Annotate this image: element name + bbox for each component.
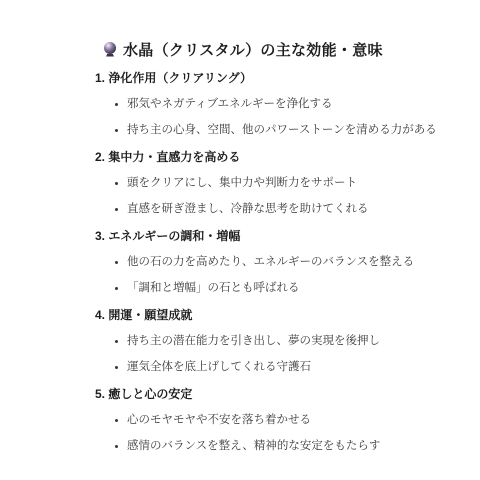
list-item: 「調和と増幅」の石とも呼ばれる — [95, 281, 442, 295]
bullet-icon — [115, 261, 118, 264]
bullet-text: 持ち主の心身、空間、他のパワーストーンを清める力がある — [127, 123, 437, 137]
bullet-text: 邪気やネガティブエネルギーを浄化する — [127, 97, 333, 111]
bullet-icon — [115, 129, 118, 132]
bullet-text: 運気全体を底上げしてくれる守護石 — [127, 360, 311, 374]
list-item: 持ち主の心身、空間、他のパワーストーンを清める力がある — [95, 123, 442, 137]
list-item: 邪気やネガティブエネルギーを浄化する — [95, 97, 442, 111]
bullet-icon — [115, 366, 118, 369]
section-heading: 5. 癒しと心の安定 — [95, 387, 442, 401]
section-heading: 4. 開運・願望成就 — [95, 308, 442, 322]
section-heading: 3. エネルギーの調和・増幅 — [95, 229, 442, 243]
list-item: 頭をクリアにし、集中力や判断力をサポート — [95, 176, 442, 190]
page-title-text: 水晶（クリスタル）の主な効能・意味 — [123, 39, 383, 60]
list-item: 感情のバランスを整え、精神的な安定をもたらす — [95, 439, 442, 453]
list-item: 心のモヤモヤや不安を落ち着かせる — [95, 413, 442, 427]
section-concentration: 2. 集中力・直感力を高める 頭をクリアにし、集中力や判断力をサポート 直感を研… — [95, 150, 442, 216]
page-title: 水晶（クリスタル）の主な効能・意味 — [103, 40, 442, 58]
section-fortune: 4. 開運・願望成就 持ち主の潜在能力を引き出し、夢の実現を後押し 運気全体を底… — [95, 308, 442, 374]
section-heading: 2. 集中力・直感力を高める — [95, 150, 442, 164]
bullet-text: 持ち主の潜在能力を引き出し、夢の実現を後押し — [127, 334, 380, 348]
bullet-icon — [115, 287, 118, 290]
bullet-text: 「調和と増幅」の石とも呼ばれる — [127, 281, 300, 295]
bullet-text: 心のモヤモヤや不安を落ち着かせる — [127, 413, 311, 427]
list-item: 直感を研ぎ澄まし、冷静な思考を助けてくれる — [95, 202, 442, 216]
bullet-icon — [115, 103, 118, 106]
section-purification: 1. 浄化作用（クリアリング） 邪気やネガティブエネルギーを浄化する 持ち主の心… — [95, 71, 442, 137]
document-page: 水晶（クリスタル）の主な効能・意味 1. 浄化作用（クリアリング） 邪気やネガテ… — [0, 0, 480, 480]
bullet-text: 直感を研ぎ澄まし、冷静な思考を助けてくれる — [127, 202, 369, 216]
list-item: 他の石の力を高めたり、エネルギーのバランスを整える — [95, 255, 442, 269]
list-item: 持ち主の潜在能力を引き出し、夢の実現を後押し — [95, 334, 442, 348]
section-healing: 5. 癒しと心の安定 心のモヤモヤや不安を落ち着かせる 感情のバランスを整え、精… — [95, 387, 442, 453]
list-item: 運気全体を底上げしてくれる守護石 — [95, 360, 442, 374]
bullet-icon — [115, 445, 118, 448]
bullet-text: 他の石の力を高めたり、エネルギーのバランスを整える — [127, 255, 414, 269]
crystal-ball-icon — [103, 42, 117, 57]
crystal-ball-sphere — [104, 42, 116, 54]
section-heading: 1. 浄化作用（クリアリング） — [95, 71, 442, 85]
bullet-icon — [115, 182, 118, 185]
bullet-icon — [115, 340, 118, 343]
bullet-icon — [115, 419, 118, 422]
crystal-ball-base — [106, 54, 114, 57]
bullet-text: 感情のバランスを整え、精神的な安定をもたらす — [127, 439, 380, 453]
bullet-icon — [115, 208, 118, 211]
bullet-text: 頭をクリアにし、集中力や判断力をサポート — [127, 176, 357, 190]
section-energy-harmony: 3. エネルギーの調和・増幅 他の石の力を高めたり、エネルギーのバランスを整える… — [95, 229, 442, 295]
